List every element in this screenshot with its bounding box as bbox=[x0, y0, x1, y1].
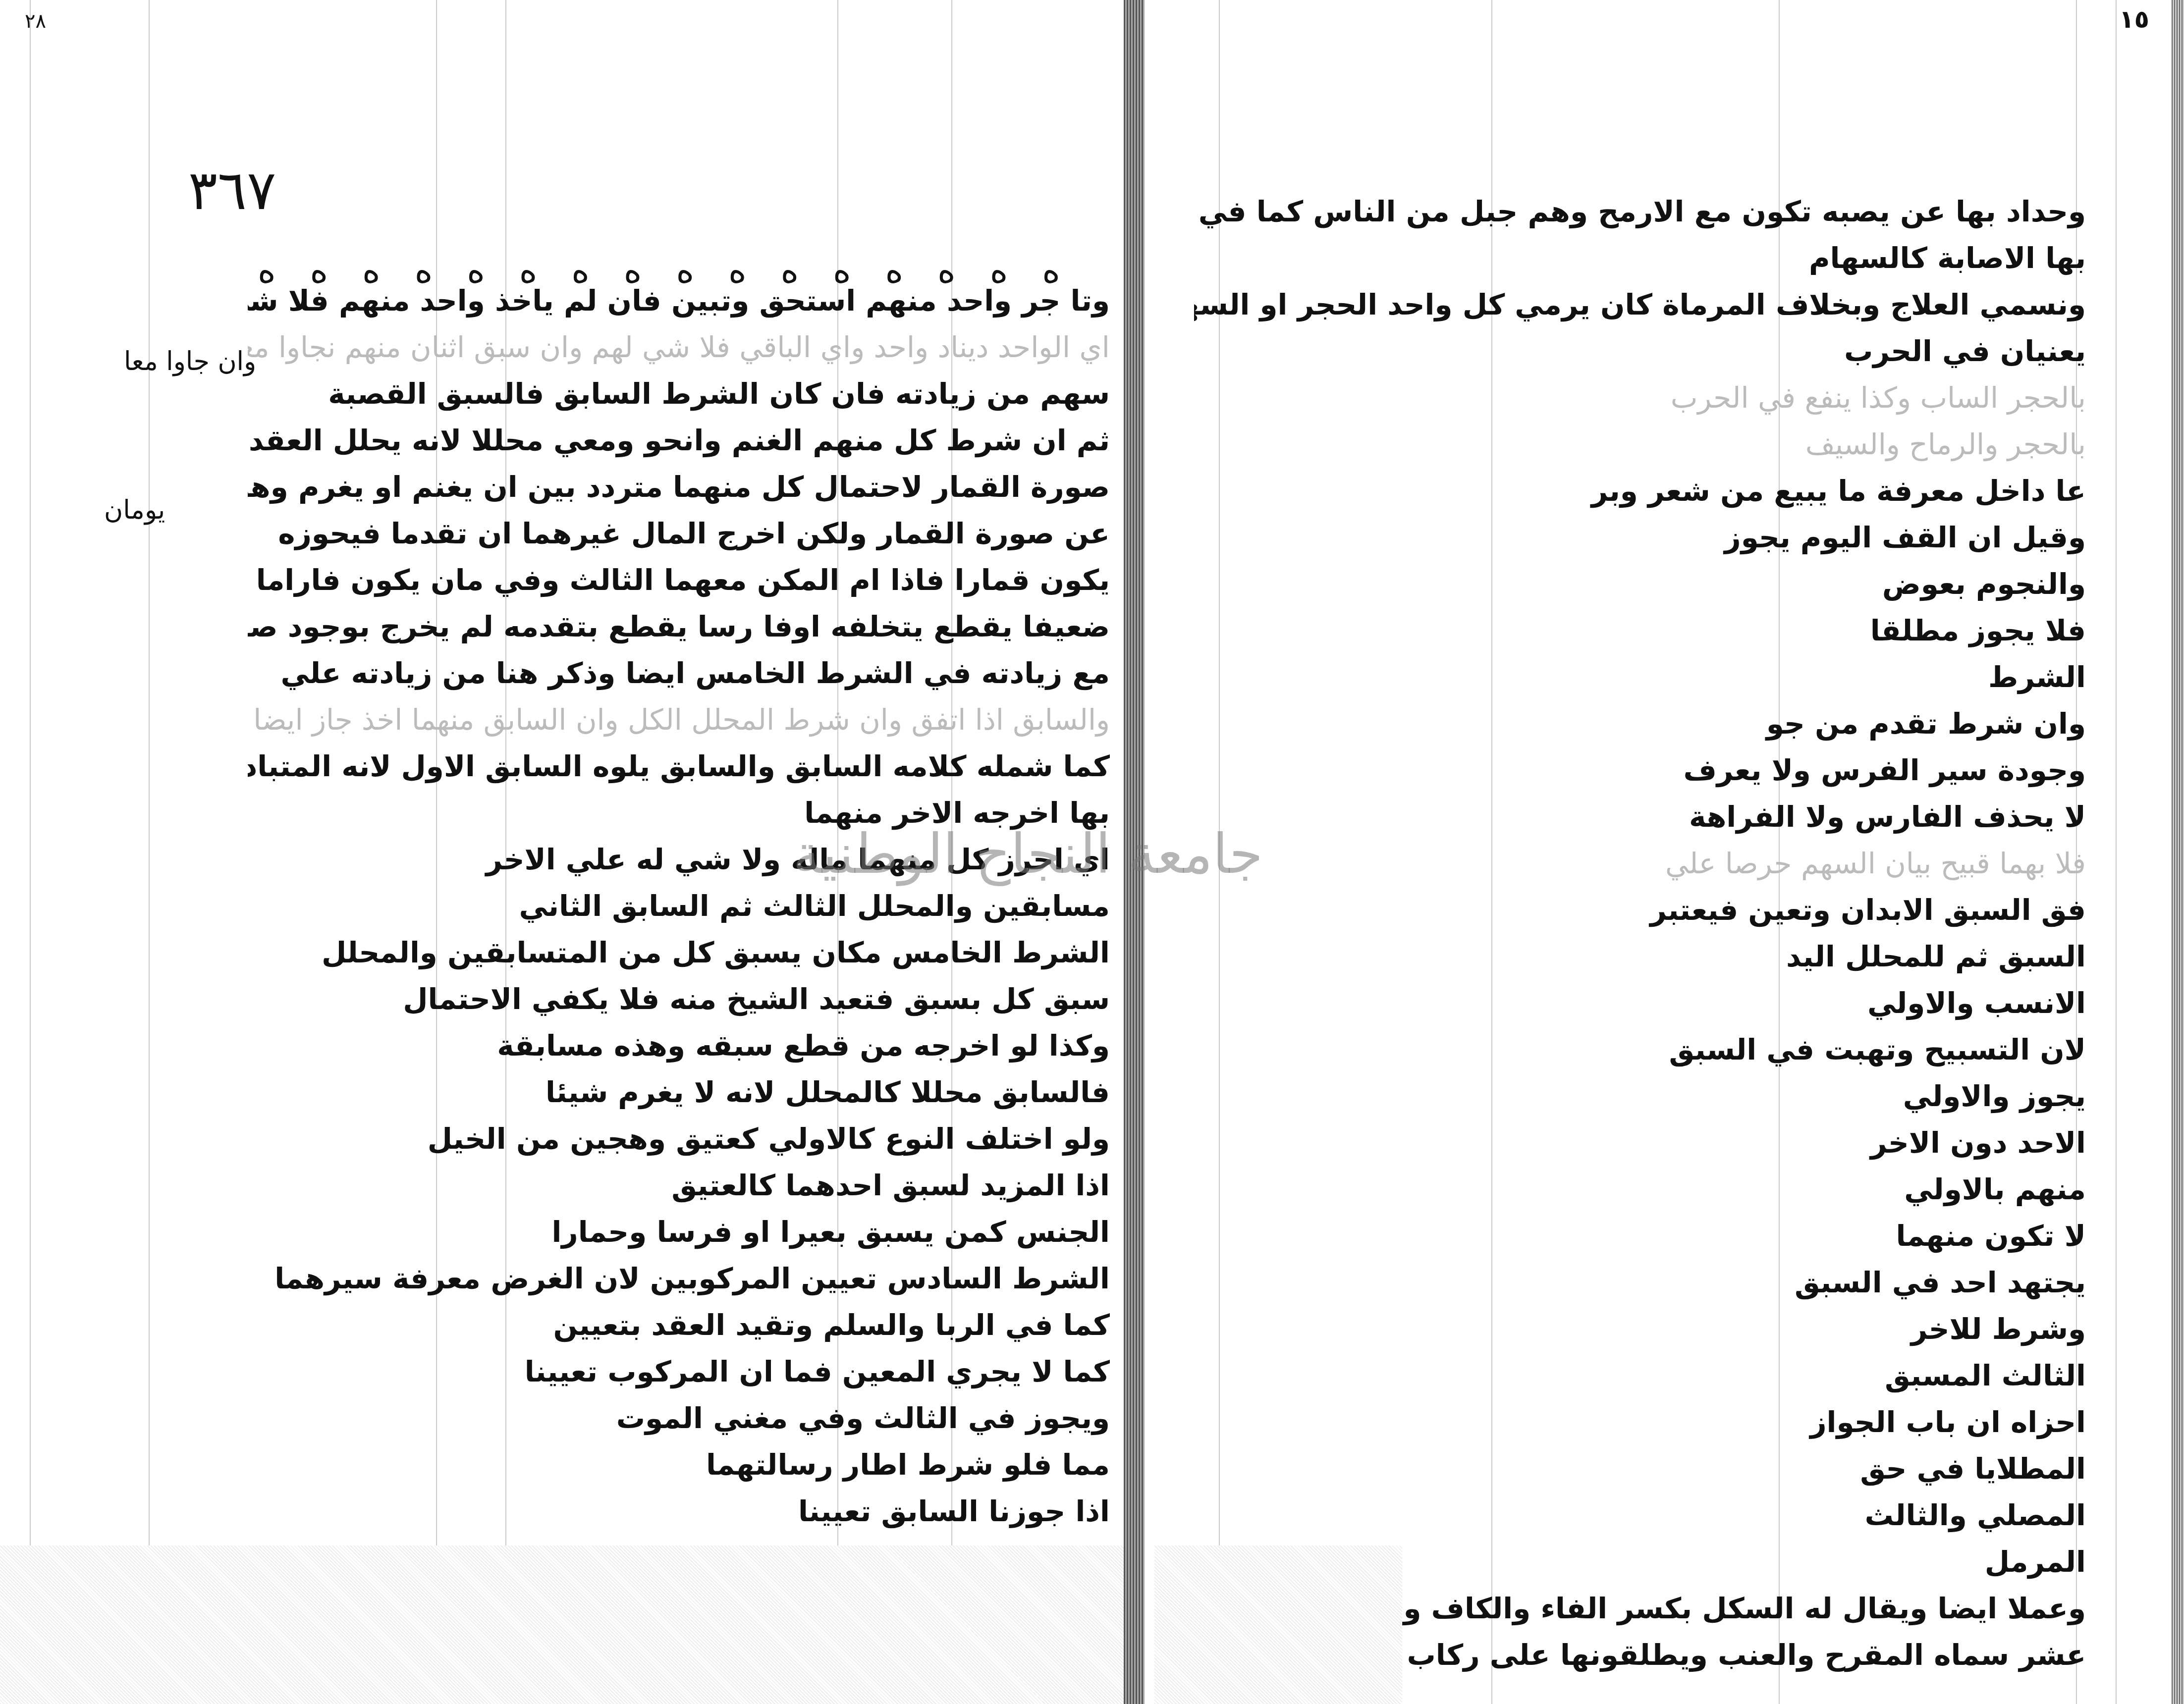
left-page-text: وتا جر واحد منهم استحق وتبين فان لم ياخذ… bbox=[248, 277, 1110, 1674]
text-line: وتا جر واحد منهم استحق وتبين فان لم ياخذ… bbox=[248, 277, 1110, 324]
text-line: المطلايا في حق bbox=[1194, 1445, 2086, 1492]
text-line: وقيل ان القف اليوم يجوز bbox=[1194, 514, 2086, 561]
text-line: يجوز والاولي bbox=[1194, 1073, 2086, 1119]
text-line: صورة القمار لاحتمال كل منهما متردد بين ا… bbox=[248, 464, 1110, 510]
text-line: اذا المزيد لسبق احدهما كالعتيق bbox=[248, 1162, 1110, 1209]
page-edge bbox=[2172, 0, 2184, 1704]
text-line: ولو اختلف النوع كالاولي كعتيق وهجين من ا… bbox=[248, 1116, 1110, 1162]
text-line: يجتهد احد في السبق bbox=[1194, 1259, 2086, 1306]
ruling-line bbox=[2116, 0, 2117, 1704]
text-line: يعنيان في الحرب bbox=[1194, 328, 2086, 374]
text-line: وحداد بها عن يصبه تكون مع الارمح وهم جبل… bbox=[1194, 188, 2086, 235]
text-line: كما في الربا والسلم وتقيد العقد بتعيين bbox=[248, 1302, 1110, 1348]
text-line: يكون قمارا فاذا ام المكن معهما الثالث وف… bbox=[248, 557, 1110, 603]
text-line: الجنس كمن يسبق بعيرا او فرسا وحمارا bbox=[248, 1209, 1110, 1255]
text-line: فلا يجوز مطلقا bbox=[1194, 607, 2086, 654]
text-line: بها الاصابة كالسهام bbox=[1194, 235, 2086, 281]
text-line: فلا بهما قبيح بيان السهم حرصا علي bbox=[1194, 840, 2086, 887]
text-line: كما شمله كلامه السابق والسابق يلوه الساب… bbox=[248, 743, 1110, 790]
text-line: فق السبق الابدان وتعين فيعتبر bbox=[1194, 887, 2086, 933]
text-line: وجودة سير الفرس ولا يعرف bbox=[1194, 747, 2086, 794]
text-line: فالسابق محللا كالمحلل لانه لا يغرم شيئا bbox=[248, 1069, 1110, 1116]
text-line: الانسب والاولي bbox=[1194, 980, 2086, 1026]
text-line: لا تكون منهما bbox=[1194, 1213, 2086, 1259]
text-line: وشرط للاخر bbox=[1194, 1306, 2086, 1352]
text-line: احزاه ان باب الجواز bbox=[1194, 1399, 2086, 1445]
text-line: اي الواحد ديناد واحد واي الباقي فلا شي ل… bbox=[248, 324, 1110, 371]
text-line: المصلي والثالث bbox=[1194, 1492, 2086, 1539]
text-line: مع زيادته في الشرط الخامس ايضا وذكر هنا … bbox=[248, 650, 1110, 696]
scan-noise bbox=[0, 1545, 1125, 1704]
text-line: عا داخل معرفة ما يبيع من شعر وبر bbox=[1194, 468, 2086, 514]
text-line: السبق ثم للمحلل اليد bbox=[1194, 933, 2086, 980]
text-line: ثم ان شرط كل منهم الغنم وانحو ومعي محللا… bbox=[248, 417, 1110, 464]
watermark: جامعة النجاح الوطنية bbox=[793, 822, 1263, 886]
text-line: وان شرط تقدم من جو bbox=[1194, 700, 2086, 747]
left-page-number: ٢٨ bbox=[25, 10, 46, 33]
text-line: اذا جوزنا السابق تعيينا bbox=[248, 1488, 1110, 1535]
text-line: الاحد دون الاخر bbox=[1194, 1119, 2086, 1166]
text-line: عن صورة القمار ولكن اخرج المال غيرهما ان… bbox=[248, 510, 1110, 557]
margin-note: وان جاوا معا bbox=[124, 347, 256, 376]
text-line: وكذا لو اخرجه من قطع سبقه وهذه مسابقة bbox=[248, 1022, 1110, 1069]
scan-noise bbox=[1154, 1545, 1402, 1704]
text-line: مسابقين والمحلل الثالث ثم السابق الثاني bbox=[248, 883, 1110, 929]
text-line: ضعيفا يقطع يتخلفه اوفا رسا يقطع بتقدمه ل… bbox=[248, 603, 1110, 650]
right-page-number: ١٥ bbox=[2119, 5, 2149, 34]
text-line: مما فلو شرط اطار رسالتهما bbox=[248, 1441, 1110, 1488]
text-line: ونسمي العلاج وبخلاف المرماة كان يرمي كل … bbox=[1194, 281, 2086, 328]
right-page-text: وحداد بها عن يصبه تكون مع الارمح وهم جبل… bbox=[1194, 188, 2086, 1678]
text-line: كما لا يجري المعين فما ان المركوب تعيينا bbox=[248, 1348, 1110, 1395]
text-line: الشرط الخامس مكان يسبق كل من المتسابقين … bbox=[248, 929, 1110, 976]
text-line: لا يحذف الفارس ولا الفراهة bbox=[1194, 794, 2086, 840]
ruling-line bbox=[149, 0, 150, 1704]
folio-number: ٣٦٧ bbox=[188, 159, 276, 222]
text-line: ويجوز في الثالث وفي مغني الموت bbox=[248, 1395, 1110, 1441]
text-line: سبق كل بسبق فتعيد الشيخ منه فلا يكفي الا… bbox=[248, 976, 1110, 1022]
text-line: والنجوم بعوض bbox=[1194, 561, 2086, 607]
text-line: بالحجر والرماح والسيف bbox=[1194, 421, 2086, 468]
text-line: الثالث المسبق bbox=[1194, 1352, 2086, 1399]
text-line: سهم من زيادته فان كان الشرط السابق فالسب… bbox=[248, 371, 1110, 417]
text-line: منهم بالاولي bbox=[1194, 1166, 2086, 1213]
text-line: والسابق اذا اتفق وان شرط المحلل الكل وان… bbox=[248, 696, 1110, 743]
text-line: بالحجر الساب وكذا ينفع في الحرب bbox=[1194, 374, 2086, 421]
text-line: الشرط bbox=[1194, 654, 2086, 700]
text-line: الشرط السادس تعيين المركوبين لان الغرض م… bbox=[248, 1255, 1110, 1302]
text-line: لان التسبيح وتهبت في السبق bbox=[1194, 1026, 2086, 1073]
right-page: ١٥ وحداد بها عن يصبه تكون مع الارمح وهم … bbox=[1145, 0, 2184, 1704]
margin-note: يومان bbox=[104, 495, 165, 525]
ruling-line bbox=[30, 0, 31, 1704]
